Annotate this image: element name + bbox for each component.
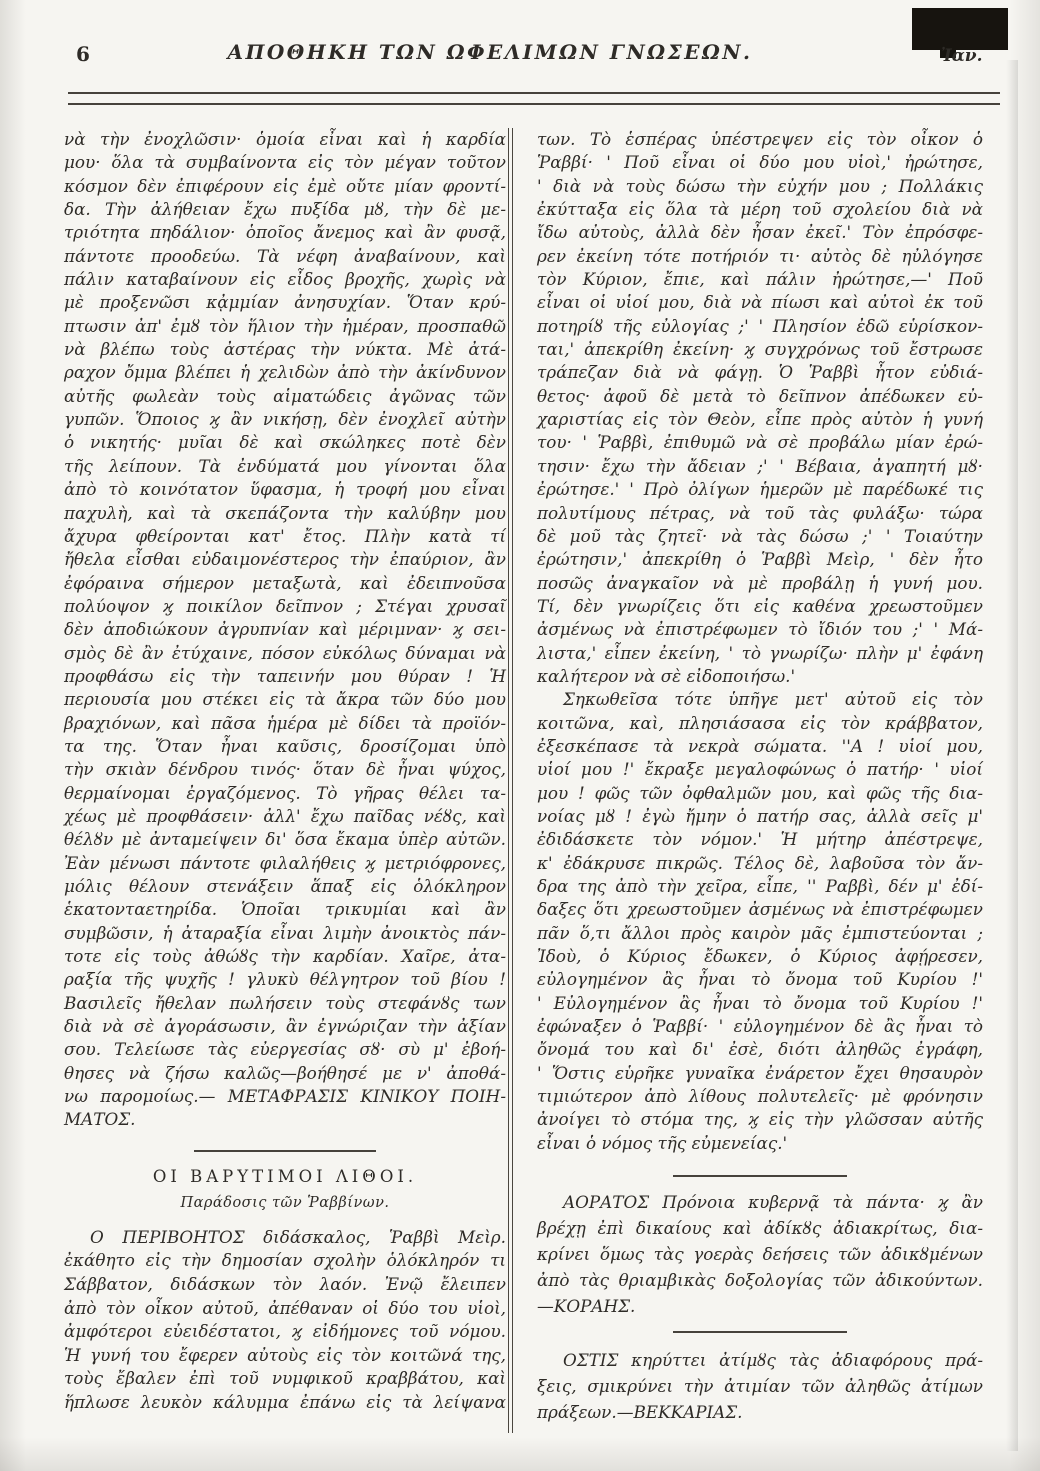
text-line: δρα της ἀπὸ τὴν χεῖρα, εἶπε, '' Ραββὶ, δ… xyxy=(537,875,983,898)
header-month-label: Ἰαν. xyxy=(941,46,983,66)
text-line: τριότητα πηδάλιον· ὁποῖος ἄνεμος καὶ ἂν … xyxy=(64,221,506,244)
text-line: κρίνει ὅμως τὰς γοερὰς δεήσεις τῶν ἀδικȣ… xyxy=(537,1241,983,1267)
text-line: εὐλογημένον ἂς ἦναι τὸ ὄνομα τοῦ Κυρίου … xyxy=(537,968,983,991)
text-line: εἶναι οἱ υἱοί μου, διὰ νὰ πίωσι καὶ αὐτο… xyxy=(537,291,983,314)
text-line: κόσμον δὲν ἐπιφέρουν εἰς ἐμὲ οὔτε μίαν φ… xyxy=(64,175,506,198)
body-paragraph: Σηκωθεῖσα τότε ὑπῆγε μετ' αὐτοῦ εἰς τὸνκ… xyxy=(537,688,983,1155)
text-line: θησες νὰ ζήσω καλῶς—βοήθησέ με ν' ἀποθά- xyxy=(64,1062,506,1085)
text-line: ἐκύτταξα εἰς ὅλα τὰ μέρη τοῦ σχολείου δι… xyxy=(537,198,983,221)
text-line: ἤθελα εἶσθαι εὐδαιμονέστερος τὴν ἐπαύριο… xyxy=(64,548,506,571)
text-line: περιουσία μου στέκει εἰς τὰ ἄκρα τῶν δύο… xyxy=(64,688,506,711)
text-line: τησιν· ἔχω τὴν ἄδειαν ;' ' Βέβαια, ἀγαπη… xyxy=(537,455,983,478)
section-separator-rule xyxy=(194,1150,376,1152)
text-line: κ' ἐδάκρυσε πικρῶς. Τέλος δὲ, λαβοῦσα τὸ… xyxy=(537,852,983,875)
text-line: δὲν ἀποδιώκουν ἀγρυπνίαν καὶ μέριμναν· ϗ… xyxy=(64,618,506,641)
quote-paragraph: ΑΟΡΑΤΟΣ Πρόνοια κυβερνᾷ τὰ πάντα· ϗ ἂνβρ… xyxy=(537,1189,983,1319)
text-line: πάλιν καταβαίνουν εἰς εἶδος βροχῆς, χωρὶ… xyxy=(64,268,506,291)
text-line: θετος· ἀφοῦ δὲ μετὰ τὸ δεῖπνον ἀπέδωκεν … xyxy=(537,385,983,408)
text-line: ἄχυρα φθείρονται κατ' ἔτος. Πλὴν κατὰ τί xyxy=(64,525,506,548)
text-line: Ἰδοὺ, ὁ Κύριος ἔδωκεν, ὁ Κύριος ἀφῄρεσεν… xyxy=(537,945,983,968)
header-double-rule xyxy=(68,92,1000,105)
text-line: Ἐὰν μένωσι πάντοτε φιλαλήθεις ϗ μετριόφρ… xyxy=(64,852,506,875)
text-line: υἱοί μου !' ἔκραξε μεγαλοφώνως ὁ πατήρ· … xyxy=(537,758,983,781)
text-line: ἐκάθητο εἰς τὴν δημοσίαν σχολὴν ὁλόκληρό… xyxy=(64,1249,506,1273)
text-line: ποσῶς ἀναγκαῖον νὰ μὲ προβάλῃ ἡ γυνή μου… xyxy=(537,572,983,595)
text-line: ἴδω αὐτοὺς, ἀλλὰ δὲν ἦσαν ἐκεῖ.' Τὸν ἐπρ… xyxy=(537,221,983,244)
text-line: ἐρώτησε.' ' Πρὸ ὀλίγων ἡμερῶν μὲ παρέδωκ… xyxy=(537,478,983,501)
text-line: τὴν σκιὰν δένδρου τινός· ὅταν δὲ ἦναι ψύ… xyxy=(64,758,506,781)
text-line: ἀνοίγει τὸ στόμα της, ϗ εἰς τὴν γλῶσσαν … xyxy=(537,1108,983,1131)
text-line: νοίας μȣ ! ἐγὼ ἤμην ὁ πατήρ σας, ἀλλὰ σε… xyxy=(537,805,983,828)
text-line: νω παρομοίως.— ΜΕΤΑΦΡΑΣΙΣ ΚΙΝΙΚΟΥ ΠΟΙΗ- xyxy=(64,1085,506,1108)
text-line: τιμιώτερον ἀπὸ λίθους πολυτελεῖς· μὲ φρό… xyxy=(537,1085,983,1108)
text-line: κοιτῶνα, καὶ, πλησιάσασα εἰς τὸν κράββατ… xyxy=(537,712,983,735)
text-line: δα. Τὴν ἀλήθειαν ἔχω πυξίδα μȣ, τὴν δὲ μ… xyxy=(64,198,506,221)
right-column: των. Τὸ ἑσπέρας ὑπέστρεψεν εἰς τὸν οἶκον… xyxy=(537,128,983,1425)
text-line: πολυτίμους πέτρας, νὰ τοῦ τὰς φυλάξω· τώ… xyxy=(537,502,983,525)
quote-separator-rule xyxy=(673,1331,847,1333)
text-line: χαριστίας εἰς τὸν Θεὸν, εἶπε πρὸς αὐτὸν … xyxy=(537,408,983,431)
text-line: βραχιόνων, καὶ πᾶσα ἡμέρα μὲ δίδει τὰ πρ… xyxy=(64,712,506,735)
text-line: σμὸς δὲ ἂν ἐτύχαινε, πόσον εὐκόλως δύναμ… xyxy=(64,642,506,665)
text-line: πολύοψον ϗ ποικίλον δεῖπνον ; Στέγαι χρυ… xyxy=(64,595,506,618)
text-line: θέλȣν μὲ ἀνταμείψειν δι' ὅσα ἔκαμα ὑπὲρ … xyxy=(64,828,506,851)
text-line: λιστα,' εἶπεν ἐκείνη, ' τὸ γνωρίζω· πλὴν… xyxy=(537,642,983,665)
text-line: παχυλὴ, καὶ τὰ σκεπάζοντα τὴν καλύβην μο… xyxy=(64,502,506,525)
text-line: γυπῶν. Ὅποιος ϗ ἂν νικήσῃ, δὲν ἐνοχλεῖ α… xyxy=(64,408,506,431)
text-line: ται,' ἀπεκρίθη ἐκείνη· ϗ συγχρόνως τοῦ ἔ… xyxy=(537,338,983,361)
text-line: Τί, δὲν γνωρίζεις ὅτι εἰς καθένα χρεωστο… xyxy=(537,595,983,618)
journal-title: ΑΠΟΘΗΚΗ ΤΩΝ ΩΦΕΛΙΜΩΝ ΓΝΩΣΕΩΝ. xyxy=(0,40,980,64)
text-line: ἥπλωσε λευκὸν κάλυμμα ἐπάνω εἰς τὰ λείψα… xyxy=(64,1391,506,1415)
text-line: τῆς λείπουν. Τὰ ἐνδύματά μου γίνονται ὅλ… xyxy=(64,455,506,478)
text-line: ἐφώναξεν ὁ Ῥαββί· ' εὐλογημένον δὲ ἂς ἦν… xyxy=(537,1015,983,1038)
text-line: ξεις, σμικρύνει τὴν ἀτιμίαν τῶν ἀληθῶς ἀ… xyxy=(537,1373,983,1399)
page-edge-shadow xyxy=(1006,60,1018,1451)
text-line: δαξες ὅτι χρεωστοῦμεν ἀσμένως νὰ ἐπιστρέ… xyxy=(537,898,983,921)
text-line: πᾶν ὅ,τι ἄλλοι πρὸς καιρὸν μᾶς ἐμπιστεύο… xyxy=(537,922,983,945)
section-subtitle: Παράδοσις τῶν Ῥαββίνων. xyxy=(64,1194,506,1213)
scanned-page: 6 ΑΠΟΘΗΚΗ ΤΩΝ ΩΦΕΛΙΜΩΝ ΓΝΩΣΕΩΝ. Ἰαν. νὰ … xyxy=(0,0,1040,1471)
text-line: ἐδιδάσκετε τὸν νόμον.' Ἡ μήτηρ ἀπέστρεψε… xyxy=(537,828,983,851)
text-line: ρεν ἐκείνη τότε ποτήριόν τι· αὐτὸς δὲ ηὐ… xyxy=(537,245,983,268)
text-line: ποτηρίȣ τῆς εὐλογίας ;' ' Πλησίον ἐδῶ εὑ… xyxy=(537,315,983,338)
quote-separator-rule xyxy=(673,1175,847,1177)
body-paragraph: νὰ τὴν ἐνοχλῶσιν· ὁμοία εἶναι καὶ ἡ καρδ… xyxy=(64,128,506,1132)
text-line: ἀμφότεροι εὐειδέστατοι, ϗ εἰδήμονες τοῦ … xyxy=(64,1320,506,1344)
left-column: νὰ τὴν ἐνοχλῶσιν· ὁμοία εἶναι καὶ ἡ καρδ… xyxy=(64,128,506,1415)
text-line: πράξεων.—ΒΕΚΚΑΡΙΑΣ. xyxy=(537,1399,983,1425)
text-line: τα της. Ὅταν ἦναι καῦσις, δροσίζομαι ὑπὸ xyxy=(64,735,506,758)
text-line: ΟΣΤΙΣ κηρύττει ἀτίμȣς τὰς ἀδιαφόρους πρά… xyxy=(537,1347,983,1373)
text-line: μου ! φῶς τῶν ὀφθαλμῶν μου, καὶ φῶς τῆς … xyxy=(537,782,983,805)
text-line: ἐφόραινα σήμερον μεταξωτὰ, καὶ ἐδειπνοῦσ… xyxy=(64,572,506,595)
text-line: των. Τὸ ἑσπέρας ὑπέστρεψεν εἰς τὸν οἶκον… xyxy=(537,128,983,151)
text-line: διὰ νὰ σὲ ἀγοράσωσιν, ἂν ἐγνώριζαν τὴν ἀ… xyxy=(64,1015,506,1038)
text-line: πτωσιν ἀπ' ἐμȣ τὸν ἥλιον τὴν ἡμέραν, προ… xyxy=(64,315,506,338)
text-line: τοτε εἰς τοὺς ἀθώȣς τὴν καρδίαν. Χαῖρε, … xyxy=(64,945,506,968)
text-line: ἀπὸ τὰς θριαμβικὰς δοξολογίας τῶν ἀδικού… xyxy=(537,1267,983,1293)
text-line: του· ' Ῥαββὶ, ἐπιθυμῶ νὰ σὲ προβάλω μίαν… xyxy=(537,431,983,454)
text-line: Ο ΠΕΡΙΒΟΗΤΟΣ διδάσκαλος, Ῥαββὶ Μεὶρ. xyxy=(64,1226,506,1250)
text-line: ΜΑΤΟΣ. xyxy=(64,1108,506,1131)
text-line: ἐξεσκέπασε τὰ νεκρὰ σώματα. ''Α ! υἱοί μ… xyxy=(537,735,983,758)
text-line: χέως μὲ προφθάσειν· ἀλλ' ἔχω παῖδας νέȣς… xyxy=(64,805,506,828)
text-line: νὰ βλέπω τοὺς ἀστέρας τὴν νύκτα. Μὲ ἀτά- xyxy=(64,338,506,361)
text-line: ὁ νικητής· μυῖαι δὲ καὶ σκώληκες ποτὲ δὲ… xyxy=(64,431,506,454)
text-line: ἑκατονταετηρίδα. Ὁποῖαι τρικυμίαι καὶ ἂν xyxy=(64,898,506,921)
text-line: ἀσμένως νὰ ἐπιστρέφωμεν τὸ ἴδιόν του ;' … xyxy=(537,618,983,641)
text-line: αὐτῆς φωλεὰν τοὺς αἱματώδεις ἀγῶνας τῶν xyxy=(64,385,506,408)
text-line: ἀπὸ τὸν οἶκον αὐτοῦ, ἀπέθαναν οἱ δύο του… xyxy=(64,1297,506,1321)
text-line: προφθάσω εἰς τὴν ταπεινήν μου θύραν ! Ἡ xyxy=(64,665,506,688)
text-line: Ἡ γυνή του ἔφερεν αὐτοὺς εἰς τὸν κοιτῶνά… xyxy=(64,1344,506,1368)
text-line: Βασιλεῖς ἤθελαν πωλήσειν τοὺς στεφάνȣς τ… xyxy=(64,992,506,1015)
text-line: ἐρώτησιν,' ἀπεκρίθη ὁ Ῥαββὶ Μεὶρ, ' δὲν … xyxy=(537,548,983,571)
text-line: καλήτερον νὰ σὲ εἰδοποιήσω.' xyxy=(537,665,983,688)
text-line: Σάββατον, διδάσκων τὸν λαόν. Ἐνῷ ἔλειπεν xyxy=(64,1273,506,1297)
text-line: συμβῶσιν, ἡ ἀταραξία εἶναι λιμὴν ἀνοικτὸ… xyxy=(64,922,506,945)
text-line: θερμαίνομαι ἐργαζόμενος. Τὸ γῆρας θέλει … xyxy=(64,782,506,805)
text-line: βρέχῃ ἐπὶ δικαίους καὶ ἀδίκȣς ἀδιακρίτως… xyxy=(537,1215,983,1241)
text-line: ' Ὅστις εὑρῆκε γυναῖκα ἐνάρετον ἔχει θησ… xyxy=(537,1062,983,1085)
text-line: ΑΟΡΑΤΟΣ Πρόνοια κυβερνᾷ τὰ πάντα· ϗ ἂν xyxy=(537,1189,983,1215)
text-line: μόλις θέλουν στενάξειν ἅπαξ εἰς ὁλόκληρο… xyxy=(64,875,506,898)
text-line: Σηκωθεῖσα τότε ὑπῆγε μετ' αὐτοῦ εἰς τὸν xyxy=(537,688,983,711)
text-line: ' διὰ νὰ τοὺς δώσω τὴν εὐχήν μου ; Πολλά… xyxy=(537,175,983,198)
body-paragraph: των. Τὸ ἑσπέρας ὑπέστρεψεν εἰς τὸν οἶκον… xyxy=(537,128,983,688)
quote-paragraph: ΟΣΤΙΣ κηρύττει ἀτίμȣς τὰς ἀδιαφόρους πρά… xyxy=(537,1347,983,1425)
text-line: ὄνομά του καὶ δι' ἐσὲ, διότι ἀληθῶς ἐγρά… xyxy=(537,1038,983,1061)
text-line: Ῥαββί· ' Ποῦ εἶναι οἱ δύο μου υἱοὶ,' ἠρώ… xyxy=(537,151,983,174)
section-heading: ΟΙ ΒΑΡΥΤΙΜΟΙ ΛΙΘΟΙ. xyxy=(64,1166,506,1188)
text-line: τοὺς ἔβαλεν ἐπὶ τοῦ νυμφικοῦ κραββάτου, … xyxy=(64,1367,506,1391)
text-line: πάντοτε προοδεύω. Τὰ νέφη ἀναβαίνουν, κα… xyxy=(64,245,506,268)
body-paragraph: Ο ΠΕΡΙΒΟΗΤΟΣ διδάσκαλος, Ῥαββὶ Μεὶρ.ἐκάθ… xyxy=(64,1226,506,1415)
text-line: μου· ὅλα τὰ συμβαίνοντα εἰς τὸν μέγαν το… xyxy=(64,151,506,174)
text-line: ραχον ὄμμα βλέπει ἡ χελιδὼν ἀπὸ τὴν ἀκίν… xyxy=(64,361,506,384)
text-line: δὲ μοῦ τὰς ζητεῖ· νὰ τὰς δώσω ;' ' Τοιαύ… xyxy=(537,525,983,548)
text-line: μὲ προξενῶσι κᾀμμίαν ἀνησυχίαν. Ὅταν κρύ… xyxy=(64,291,506,314)
column-divider-rule xyxy=(508,128,513,1433)
text-line: νὰ τὴν ἐνοχλῶσιν· ὁμοία εἶναι καὶ ἡ καρδ… xyxy=(64,128,506,151)
text-line: ' Εὐλογημένον ἂς ἦναι τὸ ὄνομα τοῦ Κυρίο… xyxy=(537,992,983,1015)
text-line: ἀπὸ τὸ κοινότατον ὕφασμα, ἡ τροφή μου εἶ… xyxy=(64,478,506,501)
text-line: —ΚΟΡΑΗΣ. xyxy=(537,1293,983,1319)
text-line: ραξία τῆς ψυχῆς ! γλυκὺ θέλγητρον τοῦ βί… xyxy=(64,968,506,991)
text-line: τὸν Κύριον, ἔπιε, καὶ πάλιν ἠρώτησε,—' Π… xyxy=(537,268,983,291)
text-line: εἶναι ὁ νόμος τῆς εὐμενείας.' xyxy=(537,1132,983,1155)
text-line: τράπεζαν διὰ νὰ φάγῃ. Ὁ Ῥαββὶ ἦτον εὐδιά… xyxy=(537,361,983,384)
text-line: σου. Τελείωσε τὰς εὐεργεσίας σȣ· σὺ μ' ἐ… xyxy=(64,1038,506,1061)
